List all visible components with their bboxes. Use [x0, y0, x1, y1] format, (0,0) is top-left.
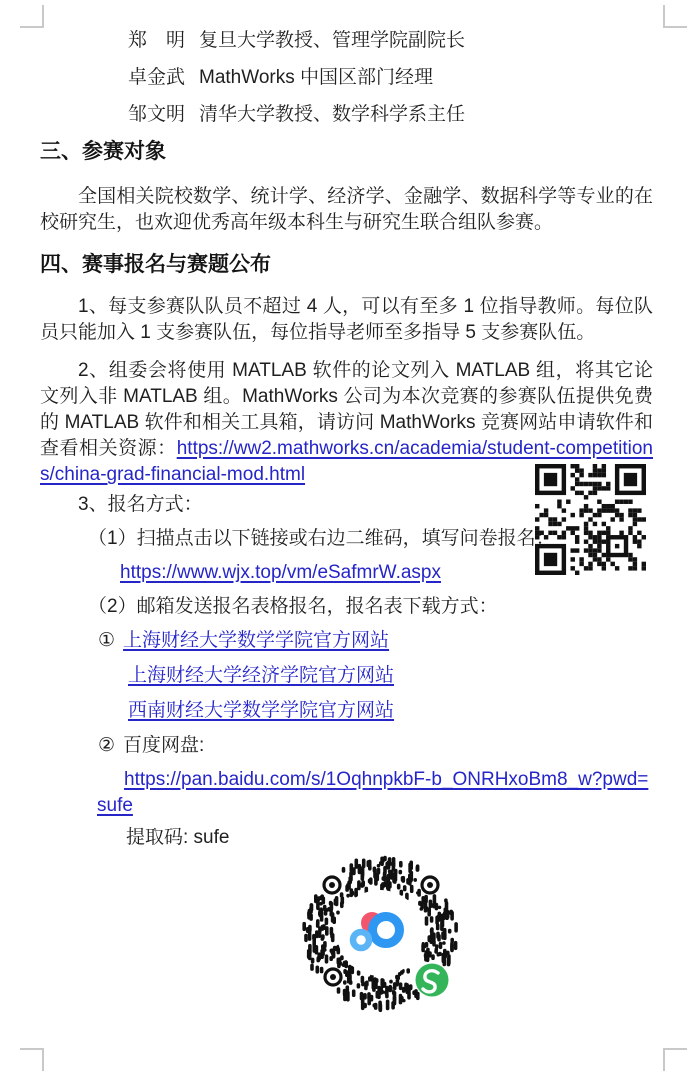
document-page: 郑 明 复旦大学教授、管理学院副院长 卓金武 MathWorks 中国区部门经理…: [0, 0, 693, 1080]
participants-paragraph: 全国相关院校数学、统计学、经济学、金融学、数据科学等专业的在校研究生，也欢迎优秀…: [40, 184, 653, 236]
swufe-math-school-link[interactable]: 西南财经大学数学学院官方网站: [128, 700, 394, 721]
baidu-pan-link[interactable]: https://pan.baidu.com/s/1OqhnpkbF-b_ONRH…: [97, 769, 648, 816]
baidu-pan-qr-block: [40, 853, 653, 1023]
method2-label: （2）邮箱发送报名表格报名，报名表下载方式：: [88, 594, 653, 620]
jury-member-title: 清华大学教授、数学科学系主任: [199, 99, 465, 126]
circular-qr-code-icon: [295, 853, 465, 1023]
baidu-pan-label: 百度网盘:: [123, 735, 204, 756]
jury-member-name: 邹文明: [128, 99, 186, 126]
jury-member-name: 郑 明: [128, 25, 186, 52]
baidu-pan-link-line: https://pan.baidu.com/s/1OqhnpkbF-b_ONRH…: [97, 767, 653, 819]
wjx-survey-link[interactable]: https://www.wjx.top/vm/eSafmrW.aspx: [120, 562, 441, 583]
circled-two-marker: ②: [98, 735, 115, 756]
extraction-code: 提取码: sufe: [126, 825, 653, 851]
website-link-line: 上海财经大学经济学院官方网站: [128, 663, 653, 689]
baidu-pan-bullet-row: ②百度网盘:: [98, 733, 653, 759]
crop-mark-bottom-left: [20, 1048, 44, 1071]
jury-row: 卓金武 MathWorks 中国区部门经理: [128, 57, 653, 94]
section-heading-registration: 四、赛事报名与赛题公布: [40, 252, 653, 278]
registration-qr-code-icon: [535, 464, 646, 575]
sufe-econ-school-link[interactable]: 上海财经大学经济学院官方网站: [128, 665, 394, 686]
jury-list: 郑 明 复旦大学教授、管理学院副院长 卓金武 MathWorks 中国区部门经理…: [40, 20, 653, 131]
crop-mark-top-right: [663, 5, 687, 28]
jury-row: 郑 明 复旦大学教授、管理学院副院长: [128, 20, 653, 57]
jury-member-title: MathWorks 中国区部门经理: [199, 62, 433, 89]
website-bullet-row: ①上海财经大学数学学院官方网站: [98, 628, 653, 654]
jury-member-title: 复旦大学教授、管理学院副院长: [199, 25, 465, 52]
circled-one-marker: ①: [98, 630, 115, 651]
crop-mark-bottom-right: [663, 1048, 687, 1071]
sufe-math-school-link[interactable]: 上海财经大学数学学院官方网站: [123, 630, 389, 651]
website-link-line: 西南财经大学数学学院官方网站: [128, 698, 653, 724]
section-heading-participants: 三、参赛对象: [40, 139, 653, 165]
jury-member-name: 卓金武: [128, 62, 186, 89]
jury-row: 邹文明 清华大学教授、数学科学系主任: [128, 94, 653, 131]
team-rule-paragraph: 1、每支参赛队队员不超过 4 人，可以有至多 1 位指导教师。每位队员只能加入 …: [40, 294, 653, 346]
